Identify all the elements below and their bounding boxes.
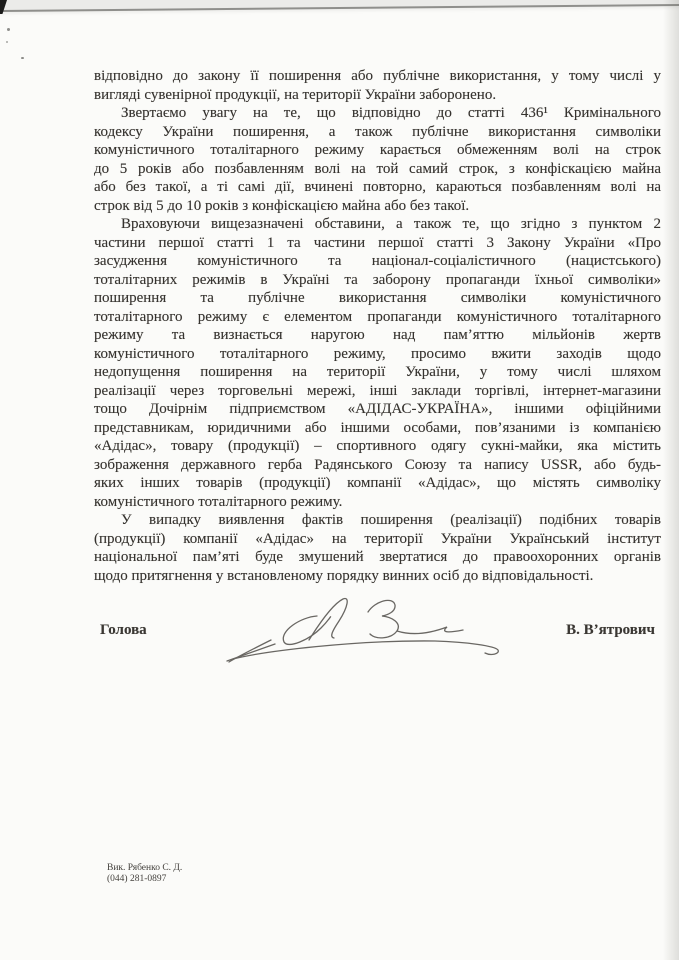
paragraph: відповідно до закону її поширення або пу… [94,67,661,104]
text-line: національної пам’яті буде змушений зверт… [94,548,661,567]
signer-name: В. В’ятрович [566,622,655,639]
text-line: «Адідас», товару (продукції) – спортивно… [94,437,661,456]
text-line: режиму та визнається наругою над пам’ятт… [94,326,661,345]
text-line: комуністичного тоталітарного режиму, про… [94,345,661,364]
text-line: Враховуючи вищезазначені обставини, а та… [94,215,661,234]
footer-executor-block: Вик. Рябенко С. Д. (044) 281-0897 [107,863,182,885]
executor-phone: (044) 281-0897 [107,874,182,885]
signer-title: Голова [100,622,147,639]
text-line: представникам, юридичними або іншими осо… [94,419,661,438]
text-line: комуністичного тоталітарного режиму. [94,493,661,512]
text-line: (продукції) компанії «Адідас» на територ… [94,530,661,549]
text-line: вигляді сувенірної продукції, на територ… [94,86,661,105]
scan-speck [21,57,24,59]
text-line: У випадку виявлення фактів поширення (ре… [94,511,661,530]
text-line: реалізації через торговельні мережі, інш… [94,382,661,401]
text-line: Звертаємо увагу на те, що відповідно до … [94,104,661,123]
text-line: кодексу України поширення, а також публі… [94,123,661,142]
letter-body: відповідно до закону її поширення або пу… [94,67,661,585]
text-line: або без такої, а ті самі дії, вчинені по… [94,178,661,197]
scan-right-shadow-artifact [663,0,679,960]
signature-row: Голова В. В’ятрович [94,620,661,680]
executor-name: Вик. Рябенко С. Д. [107,863,182,874]
scan-speck [7,28,10,31]
text-line: комуністичного тоталітарного режиму кара… [94,141,661,160]
paragraph: Враховуючи вищезазначені обставини, а та… [94,215,661,511]
scan-speck [6,41,8,43]
text-line: зображення державного герба Радянського … [94,456,661,475]
text-line: поширення та публічне використання симво… [94,289,661,308]
text-line: яких інших товарів (продукції) компанії … [94,474,661,493]
text-line: недопущення поширення на території Украї… [94,363,661,382]
text-line: тощо Дочірнім підприємством «АДІДАС-УКРА… [94,400,661,419]
paragraph: У випадку виявлення фактів поширення (ре… [94,511,661,585]
scan-top-edge-artifact [0,0,679,12]
text-line: тоталітарного режиму є елементом пропага… [94,308,661,327]
text-line: частини першої статті 1 та частини першо… [94,234,661,253]
paragraph: Звертаємо увагу на те, що відповідно до … [94,104,661,215]
text-line: щодо притягнення у встановленому порядку… [94,567,661,586]
text-line: засудження комуністичного та націонал-со… [94,252,661,271]
text-line: строк від 5 до 10 років з конфіскацією м… [94,197,661,216]
text-line: тоталітарних режимів в Україні та заборо… [94,271,661,290]
text-line: до 5 років або позбавленням волі на той … [94,160,661,179]
scanned-letter-page: відповідно до закону її поширення або пу… [0,0,679,960]
text-line: відповідно до закону її поширення або пу… [94,67,661,86]
